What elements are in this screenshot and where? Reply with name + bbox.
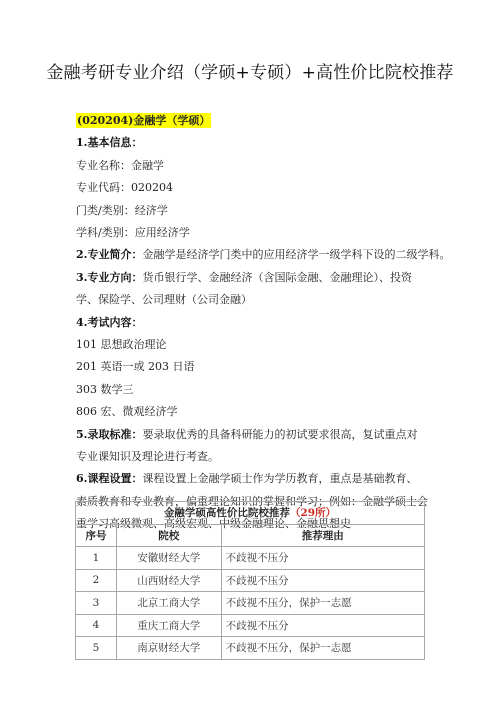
document-body: (020204)金融学（学硕） 1.基本信息： 专业名称：金融学 专业代码：02…	[76, 110, 428, 536]
page-title: 金融考研专业介绍（学硕+专硕）+高性价比院校推荐	[0, 58, 500, 83]
cell-reason: 不歧视不压分	[221, 569, 424, 592]
cell-reason: 不歧视不压分，保护一志愿	[221, 637, 424, 660]
exam-item: 101 思想政治理论	[76, 334, 428, 356]
table-header-row: 序号 院校 推荐理由	[76, 524, 425, 547]
table-row: 3 北京工商大学 不歧视不压分，保护一志愿	[76, 592, 425, 615]
info-major-name: 专业名称：金融学	[76, 155, 428, 177]
header-no: 序号	[76, 524, 117, 547]
section-heading: (020204)金融学（学硕）	[76, 110, 428, 132]
exam-item: 201 英语一或 203 日语	[76, 356, 428, 378]
cell-school: 北京工商大学	[116, 592, 221, 615]
direction-label: 3.专业方向：	[76, 271, 142, 284]
cell-school: 南京财经大学	[116, 637, 221, 660]
header-school: 院校	[116, 524, 221, 547]
admission-paragraph: 5.录取标准：要录取优秀的具备科研能力的初试要求很高，复试重点对专业课知识及理论…	[76, 424, 428, 469]
cell-no: 3	[76, 592, 117, 615]
courses-label: 6.课程设置：	[76, 472, 142, 485]
intro-paragraph: 2.专业简介：金融学是经济学门类中的应用经济学一级学科下设的二级学科。	[76, 244, 428, 266]
recommendation-table: 金融学硕高性价比院校推荐（29所） 序号 院校 推荐理由 1 安徽财经大学 不歧…	[75, 501, 425, 660]
table-row: 1 安徽财经大学 不歧视不压分	[76, 547, 425, 570]
exam-item: 303 数学三	[76, 379, 428, 401]
table-title: 金融学硕高性价比院校推荐（29所）	[76, 502, 425, 525]
table-row: 5 南京财经大学 不歧视不压分，保护一志愿	[76, 637, 425, 660]
info-discipline: 学科/类别：应用经济学	[76, 222, 428, 244]
intro-label: 2.专业简介：	[76, 248, 142, 261]
exam-item: 806 宏、微观经济学	[76, 401, 428, 423]
cell-school: 安徽财经大学	[116, 547, 221, 570]
cell-no: 4	[76, 614, 117, 637]
cell-no: 2	[76, 569, 117, 592]
table-title-count: （29所）	[290, 507, 336, 519]
cell-reason: 不歧视不压分	[221, 547, 424, 570]
intro-text: 金融学是经济学门类中的应用经济学一级学科下设的二级学科。	[142, 248, 450, 261]
table-title-text: 金融学硕高性价比院校推荐	[164, 507, 290, 519]
info-category: 门类/类别：经济学	[76, 200, 428, 222]
cell-reason: 不歧视不压分	[221, 614, 424, 637]
cell-school: 山西财经大学	[116, 569, 221, 592]
header-reason: 推荐理由	[221, 524, 424, 547]
table-row: 2 山西财经大学 不歧视不压分	[76, 569, 425, 592]
table-row: 4 重庆工商大学 不歧视不压分	[76, 614, 425, 637]
cell-school: 重庆工商大学	[116, 614, 221, 637]
info-major-code: 专业代码：020204	[76, 177, 428, 199]
highlighted-heading: (020204)金融学（学硕）	[76, 113, 211, 128]
admission-label: 5.录取标准：	[76, 428, 142, 441]
exam-label: 4.考试内容：	[76, 312, 428, 334]
basic-info-label: 1.基本信息：	[76, 132, 428, 154]
cell-no: 1	[76, 547, 117, 570]
table-title-row: 金融学硕高性价比院校推荐（29所）	[76, 502, 425, 525]
direction-paragraph: 3.专业方向：货币银行学、金融经济（含国际金融、金融理论）、投资学、保险学、公司…	[76, 267, 428, 312]
cell-reason: 不歧视不压分，保护一志愿	[221, 592, 424, 615]
cell-no: 5	[76, 637, 117, 660]
